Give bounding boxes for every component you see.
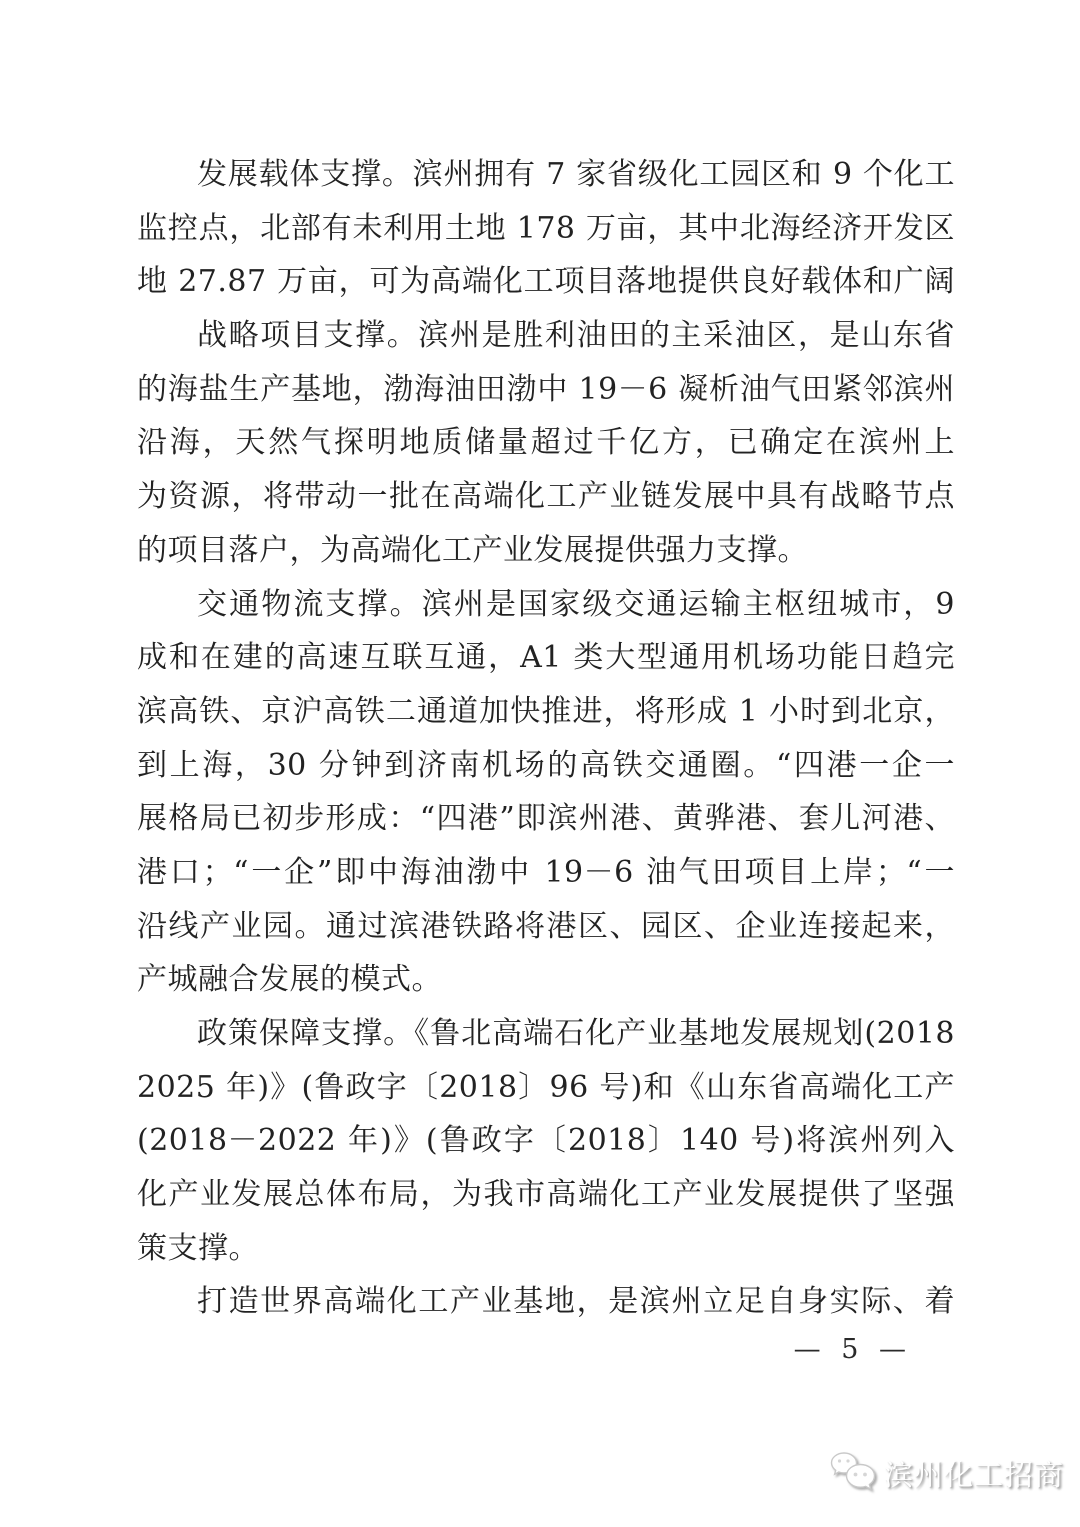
document-page: 发展载体支撑。滨州拥有 7 家省级化工园区和 9 个化工重点 监控点，北部有未利… [0,0,1080,1527]
text-line: 的项目落户，为高端化工产业发展提供强力支撑。 [137,524,955,578]
page-number: — 5 — [794,1334,912,1365]
wechat-icon [828,1450,878,1496]
text-line: 展格局已初步形成：“四港”即滨州港、黄骅港、套儿河港、小清河各 [137,792,955,846]
paragraph-policy-guarantee-support: 政策保障支撑。《鲁北高端石化产业基地发展规划(2018－ 2025 年)》(鲁政… [137,1007,955,1275]
text-line: 沿线产业园。通过滨港铁路将港区、园区、企业连接起来，形成港 [137,900,955,954]
text-line: 交通物流支撑。滨州是国家级交通运输主枢纽城市，9 条建 [137,578,955,632]
watermark-text: 滨州化工招商 [884,1453,1064,1494]
text-line: 沿海，天然气探明地质储量超过千亿方，已确定在滨州上岸。以此 [137,416,955,470]
text-line: 2025 年)》(鲁政字〔2018〕96 号)和《山东省高端化工产业发展规划 [137,1061,955,1115]
text-line: 为资源，将带动一批在高端化工产业链发展中具有战略节点作用 [137,470,955,524]
text-line: 成和在建的高速互联互通，A1 类大型通用机场功能日趋完善，济 [137,631,955,685]
document-body: 发展载体支撑。滨州拥有 7 家省级化工园区和 9 个化工重点 监控点，北部有未利… [137,148,955,1329]
text-line: 产城融合发展的模式。 [137,953,955,1007]
paragraph-transport-logistics-support: 交通物流支撑。滨州是国家级交通运输主枢纽城市，9 条建 成和在建的高速互联互通，… [137,578,955,1008]
text-line: 化产业发展总体布局，为我市高端化工产业发展提供了坚强的政 [137,1168,955,1222]
text-line: 地 27.87 万亩，可为高端化工项目落地提供良好载体和广阔空间。 [137,255,955,309]
paragraph-world-base-intro: 打造世界高端化工产业基地，是滨州立足自身实际、着眼发展 [137,1275,955,1329]
text-line: 监控点，北部有未利用土地 178 万亩，其中北海经济开发区未利用 [137,202,955,256]
text-line: 发展载体支撑。滨州拥有 7 家省级化工园区和 9 个化工重点 [137,148,955,202]
paragraph-development-carrier-support: 发展载体支撑。滨州拥有 7 家省级化工园区和 9 个化工重点 监控点，北部有未利… [137,148,955,309]
text-line: 策支撑。 [137,1222,955,1276]
text-line: 打造世界高端化工产业基地，是滨州立足自身实际、着眼发展 [137,1275,955,1329]
text-line: 滨高铁、京沪高铁二通道加快推进，将形成 1 小时到北京，3 小时 [137,685,955,739]
text-line: 政策保障支撑。《鲁北高端石化产业基地发展规划(2018－ [137,1007,955,1061]
text-line: 战略项目支撑。滨州是胜利油田的主采油区，是山东省最大 [137,309,955,363]
paragraph-strategic-project-support: 战略项目支撑。滨州是胜利油田的主采油区，是山东省最大 的海盐生产基地，渤海油田渤… [137,309,955,577]
watermark: 滨州化工招商 [828,1450,1064,1496]
text-line: 港口；“一企”即中海油渤中 19－6 油气田项目上岸；“一园”即北海 [137,846,955,900]
text-line: 到上海，30 分钟到济南机场的高铁交通圈。“四港一企一园”的发 [137,739,955,793]
text-line: (2018－2022 年)》(鲁政字〔2018〕140 号)将滨州列入全省高端石 [137,1114,955,1168]
text-line: 的海盐生产基地，渤海油田渤中 19－6 凝析油气田紧邻滨州北部 [137,363,955,417]
